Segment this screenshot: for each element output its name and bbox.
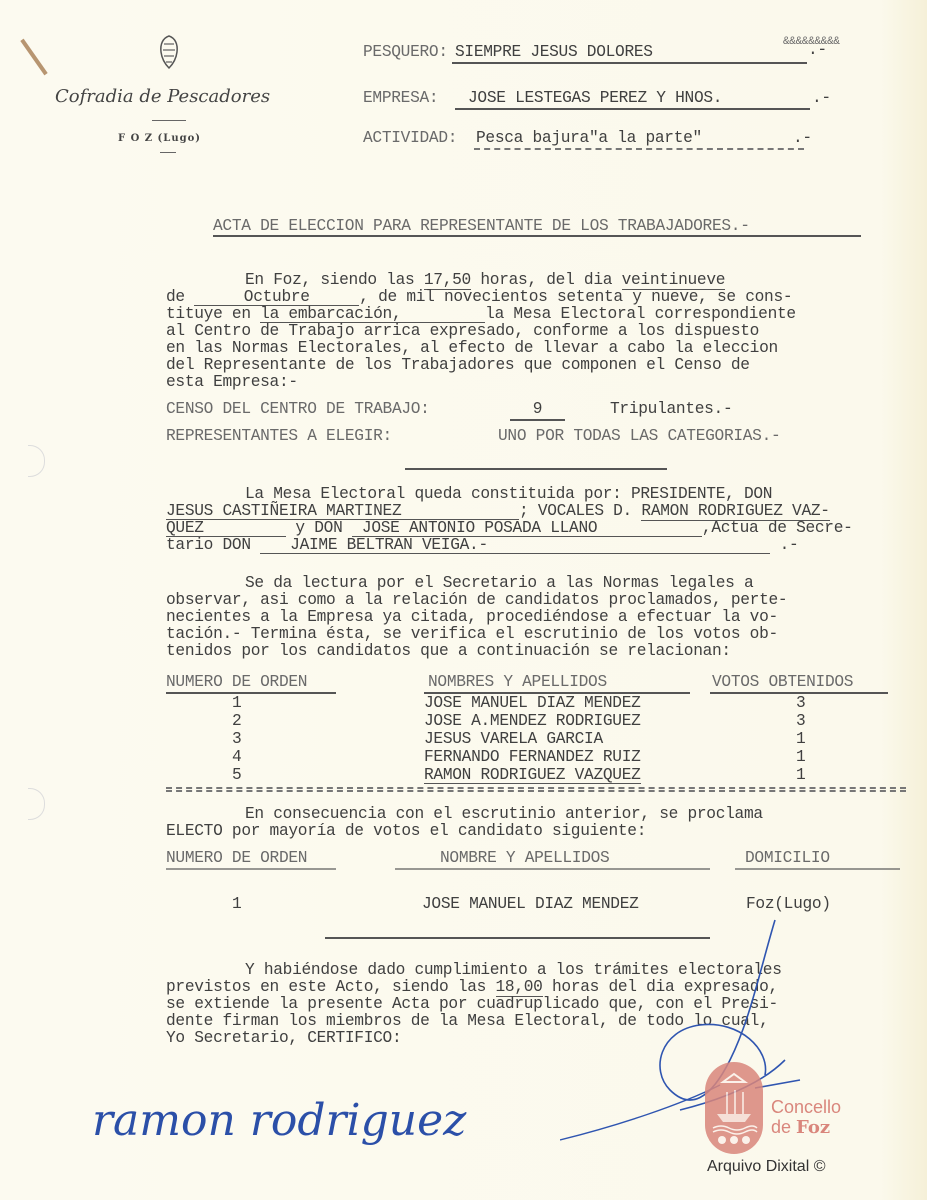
text: la Mesa Electoral correspondiente — [485, 305, 796, 323]
table-header: DOMICILIO — [745, 851, 830, 866]
text: observar, asi como a la relación de cand… — [166, 593, 787, 608]
underline — [510, 419, 565, 421]
watermark-line1: Concello — [771, 1097, 841, 1118]
section-divider — [405, 468, 667, 470]
field-actividad-label: ACTIVIDAD: — [363, 131, 457, 146]
table-cell: JOSE MANUEL DIAZ MENDEZ — [424, 696, 641, 711]
underline — [474, 148, 804, 150]
text: Se da lectura por el Secretario a las No… — [245, 576, 753, 591]
text: tario DON — [166, 536, 251, 554]
censo-value: 9 — [510, 402, 565, 417]
text: horas, del dia — [471, 271, 622, 289]
table-cell: 4 — [232, 750, 241, 765]
ship-icon — [705, 1062, 763, 1154]
representantes-label: REPRESENTANTES A ELEGIR: — [166, 429, 392, 444]
text: tituye en — [166, 305, 260, 323]
crest-icon — [156, 34, 182, 70]
watermark-line2: de — [771, 1117, 796, 1137]
table-end-rule — [166, 790, 906, 792]
table-header: NUMERO DE ORDEN — [166, 851, 307, 866]
text: ELECTO por mayoría de votos el candidato… — [166, 824, 646, 839]
table-cell: 2 — [232, 714, 241, 729]
divider — [152, 120, 186, 121]
text: de — [166, 288, 194, 306]
field-suffix: .- — [793, 131, 812, 146]
document-page: Cofradia de Pescadores F O Z (Lugo) PESQ… — [0, 0, 927, 1200]
table-end-rule — [166, 787, 906, 789]
field-pesquero-label: PESQUERO: — [363, 45, 448, 60]
field-empresa-label: EMPRESA: — [363, 91, 438, 106]
text: y DON — [295, 519, 342, 537]
text: tación.- Termina ésta, se verifica el es… — [166, 627, 778, 642]
table-header: VOTOS OBTENIDOS — [712, 675, 853, 690]
text: previstos en este Acto, siendo las — [166, 978, 496, 996]
table-cell: 3 — [796, 714, 805, 729]
text: .- — [780, 536, 799, 554]
paper-stain — [20, 39, 47, 76]
table-cell: 3 — [232, 732, 241, 747]
text: La Mesa Electoral queda constituida por:… — [245, 487, 772, 502]
table-cell: 3 — [796, 696, 805, 711]
concello-foz-logo — [705, 1062, 763, 1154]
table-header: NOMBRES Y APELLIDOS — [428, 675, 607, 690]
field-suffix: .- — [812, 91, 831, 106]
underline — [166, 868, 336, 870]
table-cell: 1 — [796, 732, 805, 747]
text: ; VOCALES D. — [519, 502, 632, 520]
field-actividad-value: Pesca bajura"a la parte" — [476, 131, 702, 146]
handwritten-signature: ramon rodriguez — [92, 1095, 466, 1146]
table-cell: RAMON RODRIGUEZ VAZQUEZ — [424, 768, 641, 784]
table-cell: 5 — [232, 768, 241, 783]
punch-hole — [28, 788, 45, 820]
month: Octubre — [194, 290, 359, 306]
organization-location: F O Z (Lugo) — [118, 133, 201, 144]
vocal-2-name: JOSE ANTONIO POSADA LLANO — [352, 521, 702, 537]
text: , de mil novecientos setenta y nueve, se… — [359, 288, 792, 306]
censo-label: CENSO DEL CENTRO DE TRABAJO: — [166, 402, 430, 417]
secretario-name: JAIME BELTRAN VEIGA.- — [260, 538, 770, 554]
representantes-value: UNO POR TODAS LAS CATEGORIAS.- — [498, 429, 780, 444]
censo-unit: Tripulantes.- — [610, 402, 732, 417]
text: en las Normas Electorales, al efecto de … — [166, 341, 778, 356]
watermark-caption: Arquivo Dixital © — [707, 1158, 826, 1176]
table-cell: JESUS VARELA GARCIA — [424, 732, 603, 747]
place: la embarcación, — [260, 307, 485, 323]
field-empresa-value: JOSE LESTEGAS PEREZ Y HNOS. — [468, 91, 722, 106]
stamp-mark: &&&&&&&&& — [783, 35, 840, 50]
table-cell: 1 — [232, 696, 241, 711]
text: necientes a la Empresa ya citada, proced… — [166, 610, 778, 625]
intro-text: En Foz, siendo las 17,50 horas, del dia … — [245, 273, 725, 288]
organization-name: Cofradia de Pescadores — [55, 86, 270, 107]
text: Yo Secretario, CERTIFICO: — [166, 1031, 401, 1046]
table-header: NUMERO DE ORDEN — [166, 675, 307, 690]
text: En Foz, siendo las — [245, 271, 424, 289]
underline — [735, 868, 900, 870]
text: del Representante de los Trabajadores qu… — [166, 358, 750, 373]
underline — [455, 108, 810, 110]
table-cell: JOSE A.MENDEZ RODRIGUEZ — [424, 714, 641, 729]
underline — [395, 868, 710, 870]
elected-orden: 1 — [232, 897, 241, 912]
vocal-1-name-cont: QUEZ — [166, 521, 286, 537]
text: tenidos por los candidatos que a continu… — [166, 644, 731, 659]
table-cell: FERNANDO FERNANDEZ RUIZ — [424, 750, 641, 765]
table-header: NOMBRE Y APELLIDOS — [440, 851, 609, 866]
table-cell: 1 — [796, 768, 805, 783]
title-underline — [213, 235, 861, 237]
field-pesquero-value: SIEMPRE JESUS DOLORES — [455, 45, 653, 60]
punch-hole — [28, 445, 45, 477]
text: al Centro de Trabajo arrica expresado, c… — [166, 324, 759, 339]
underline — [166, 692, 336, 694]
underline — [452, 62, 807, 64]
presidente-name: JESUS CASTIÑEIRA MARTINEZ — [166, 504, 519, 520]
text: ,Actua de Secre- — [702, 519, 853, 537]
text: esta Empresa:- — [166, 375, 298, 390]
table-cell: 1 — [796, 750, 805, 765]
watermark-line2-bold: Foz — [796, 1117, 830, 1138]
document-title: ACTA DE ELECCION PARA REPRESENTANTE DE L… — [213, 219, 750, 234]
divider — [160, 152, 176, 153]
text: En consecuencia con el escrutinio anteri… — [245, 807, 763, 822]
